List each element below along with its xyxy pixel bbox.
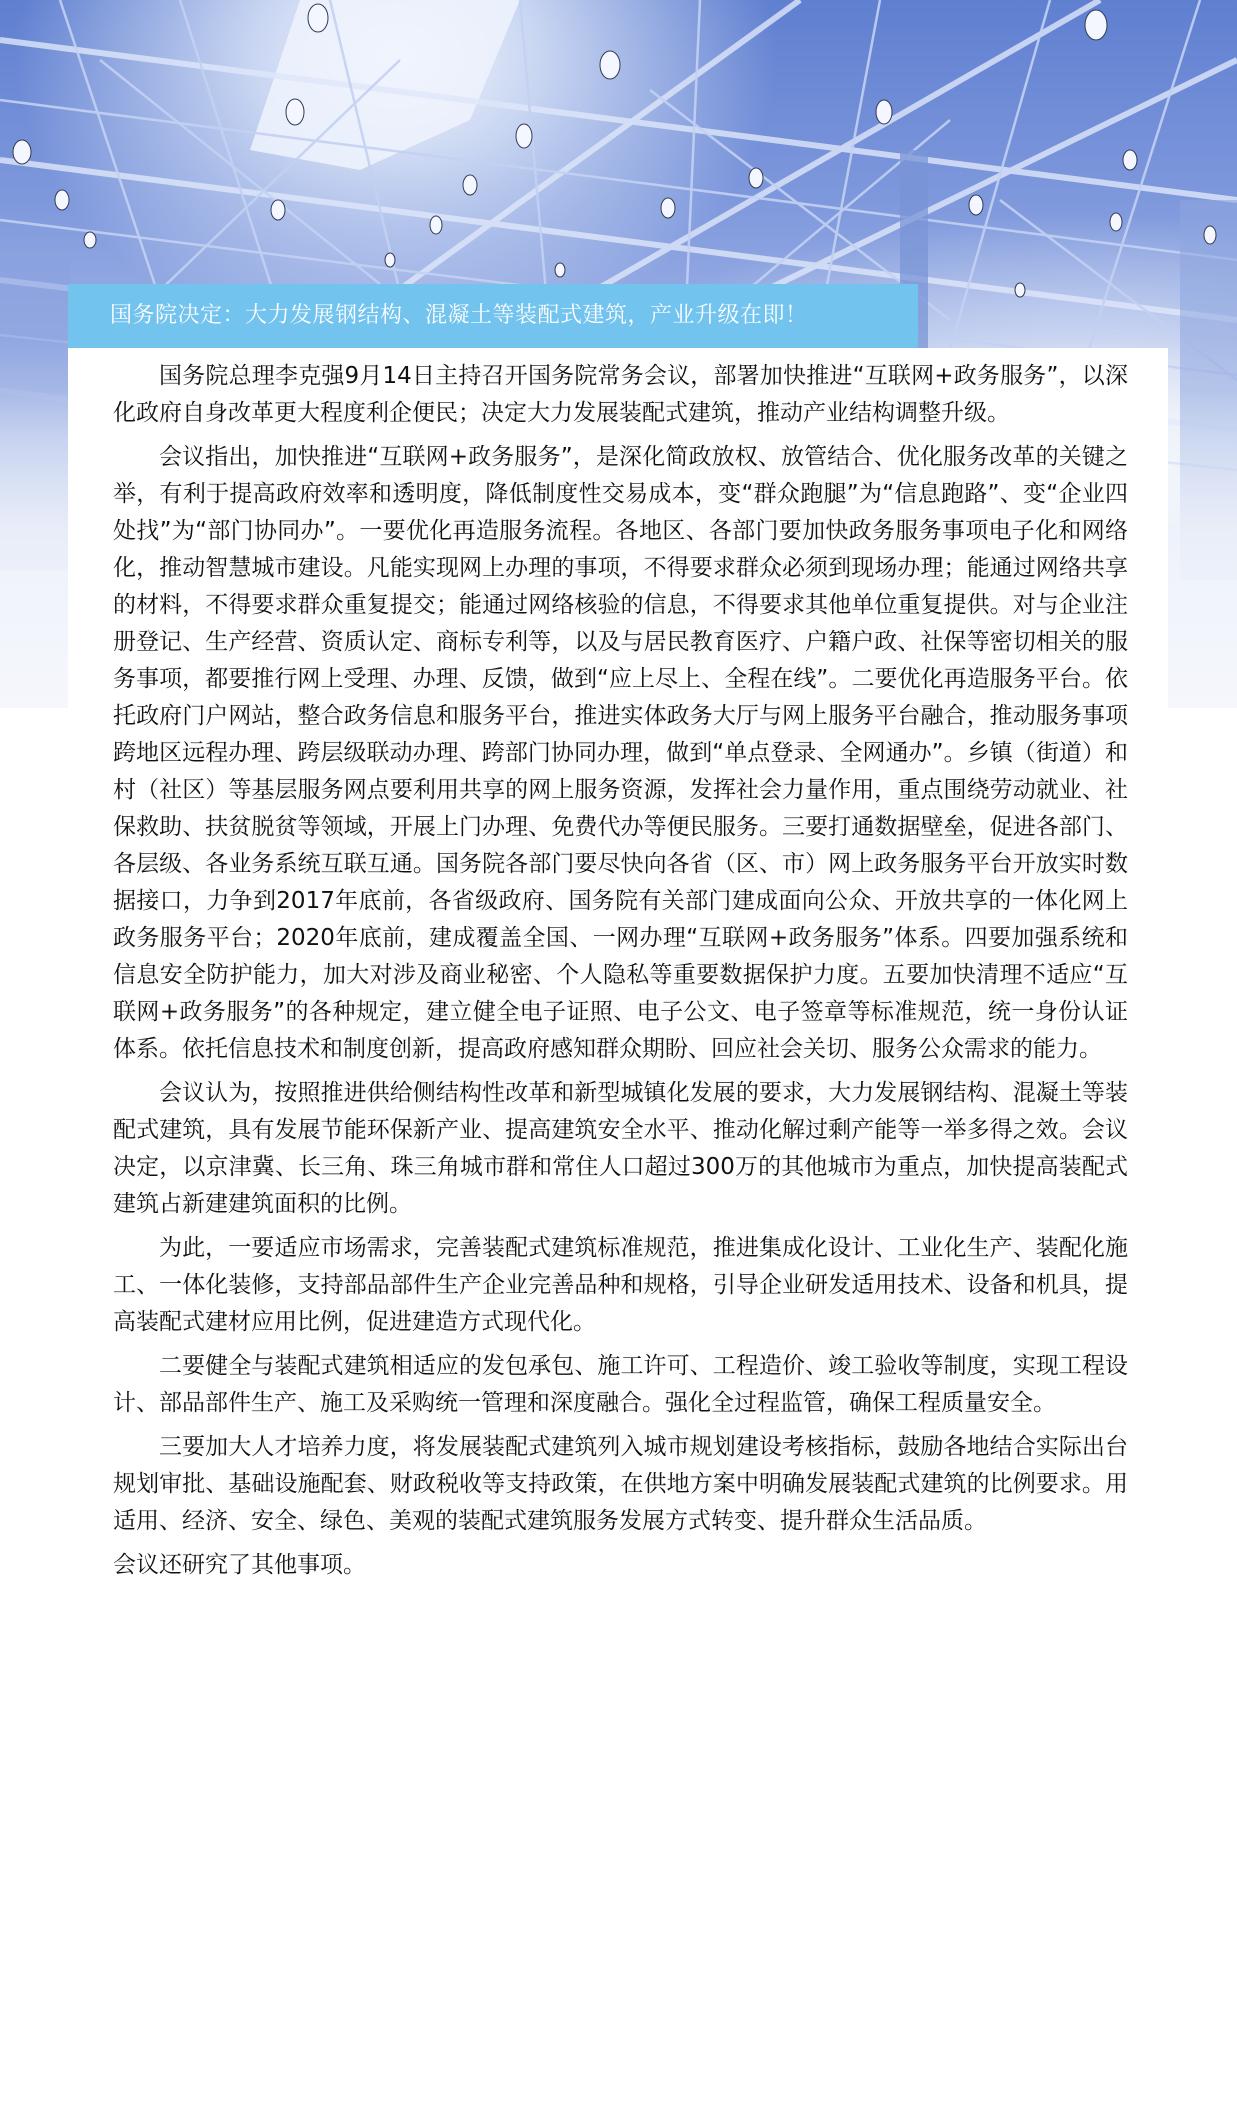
article-paragraph: 国务院总理李克强9月14日主持召开国务院常务会议，部署加快推进“互联网+政务服务… [113, 358, 1128, 432]
article-paragraph: 会议指出，加快推进“互联网+政务服务”，是深化简政放权、放管结合、优化服务改革的… [113, 439, 1128, 1068]
article-paragraph: 为此，一要适应市场需求，完善装配式建筑标准规范，推进集成化设计、工业化生产、装配… [113, 1230, 1128, 1341]
article-title: 国务院决定：大力发展钢结构、混凝土等装配式建筑，产业升级在即！ [110, 303, 808, 328]
article-closing-line: 会议还研究了其他事项。 [113, 1547, 1128, 1584]
article-paragraph: 二要健全与装配式建筑相适应的发包承包、施工许可、工程造价、竣工验收等制度，实现工… [113, 1348, 1128, 1422]
article-title-banner: 国务院决定：大力发展钢结构、混凝土等装配式建筑，产业升级在即！ [68, 284, 918, 348]
article-body: 国务院总理李克强9月14日主持召开国务院常务会议，部署加快推进“互联网+政务服务… [68, 348, 1168, 1591]
article-paragraph: 三要加大人才培养力度，将发展装配式建筑列入城市规划建设考核指标，鼓励各地结合实际… [113, 1429, 1128, 1540]
article-paragraph: 会议认为，按照推进供给侧结构性改革和新型城镇化发展的要求，大力发展钢结构、混凝土… [113, 1075, 1128, 1223]
